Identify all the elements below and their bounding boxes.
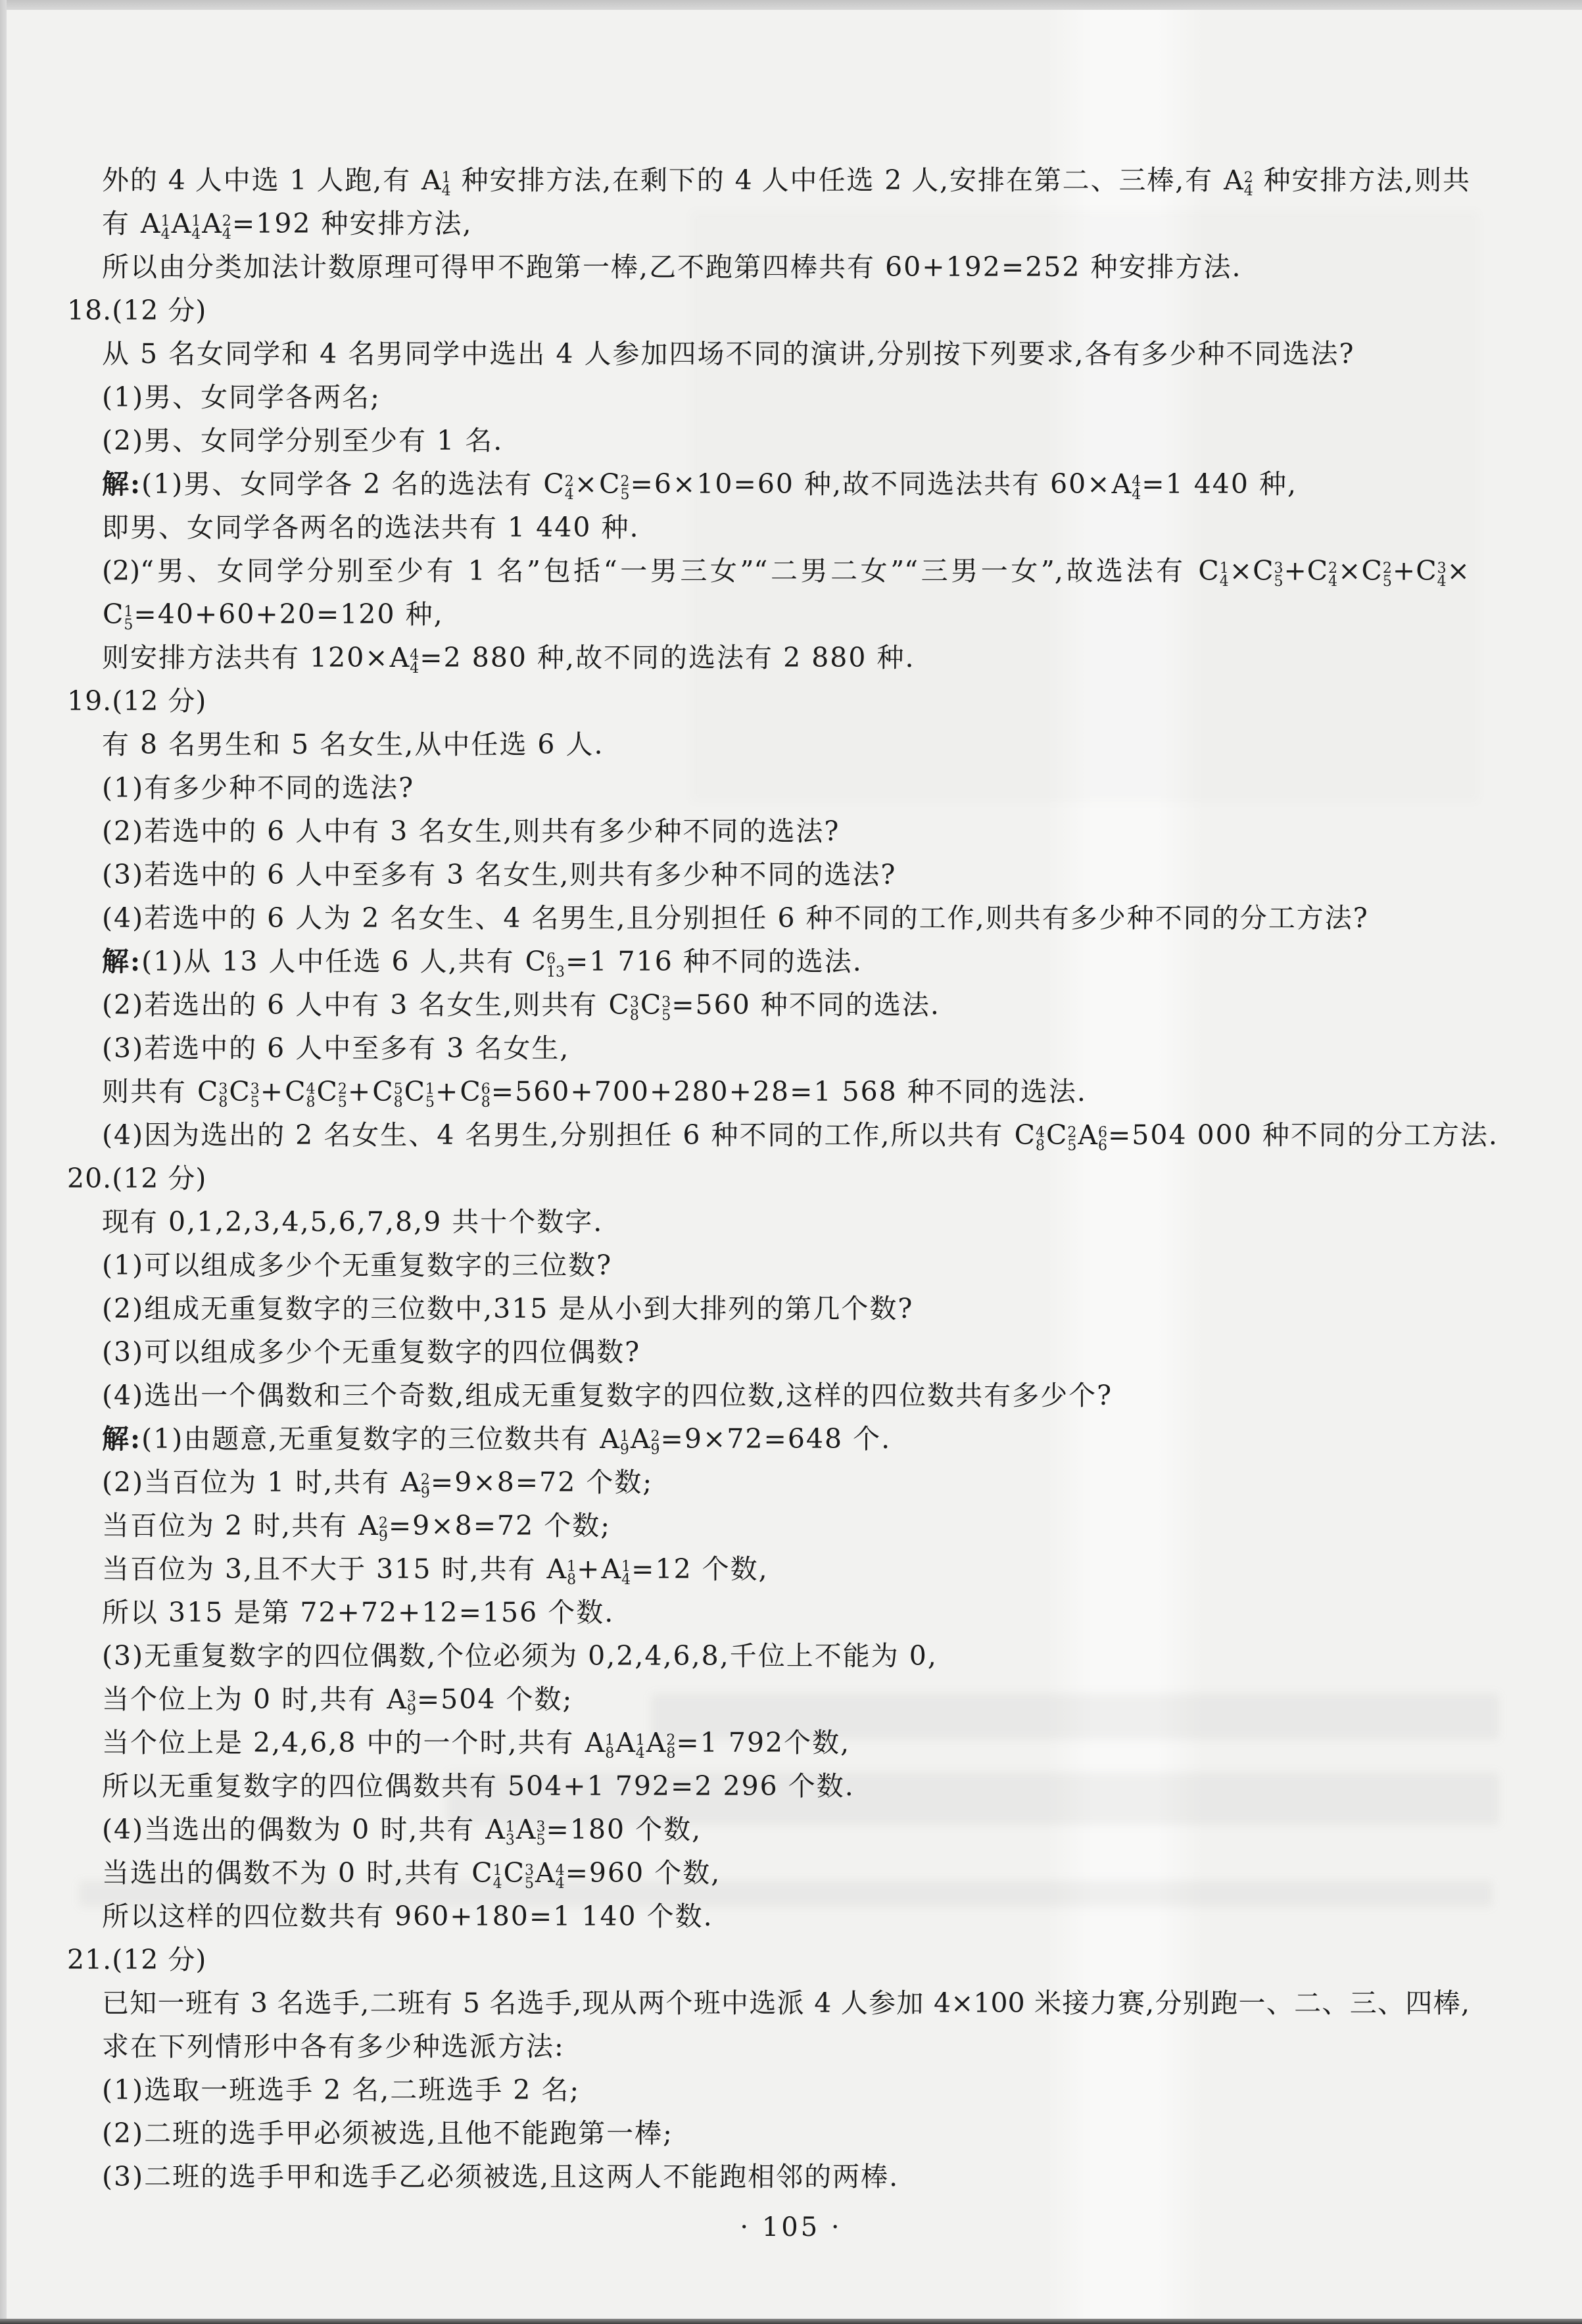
permutation-term: A14	[141, 202, 170, 245]
subquestion-line: (2)二班的选手甲必须被选,且他不能跑第一棒;	[102, 2112, 1470, 2155]
math-symbol: C	[640, 989, 661, 1021]
math-symbol: C	[317, 1076, 337, 1107]
math-symbol: A	[202, 208, 222, 239]
permutation-term: A24	[202, 202, 231, 245]
combination-term: C35	[1253, 549, 1283, 593]
text-run: (2)二班的选手甲必须被选,且他不能跑第一棒;	[102, 2118, 673, 2149]
math-subscript: 4	[161, 228, 170, 241]
math-subscript: 8	[666, 1747, 675, 1760]
math-subscript: 4	[1437, 575, 1447, 589]
permutation-term: A14	[615, 1721, 645, 1764]
text-run: =560 种不同的选法.	[671, 989, 940, 1021]
math-scripts: 39	[407, 1691, 416, 1717]
text-run: (2)当百位为 1 时,共有	[102, 1466, 400, 1498]
text-run: 所以这样的四位数共有 960+180=1 140 个数.	[102, 1900, 713, 1932]
math-scripts: 38	[218, 1083, 228, 1109]
subquestion-line: (4)若选中的 6 人为 2 名女生、4 名男生,且分别担任 6 种不同的工作,…	[102, 896, 1470, 940]
solution-line: 解:(1)男、女同学各 2 名的选法有 C24×C25=6×10=60 种,故不…	[102, 462, 1470, 506]
combination-term: C25	[599, 462, 629, 506]
combination-term: C48	[285, 1070, 315, 1113]
math-subscript: 4	[1132, 489, 1141, 502]
solution-line: 当百位为 3,且不大于 315 时,共有 A18+A14=12 个数,	[102, 1547, 1470, 1591]
solution-label: 解:	[102, 468, 141, 500]
permutation-term: A66	[1078, 1113, 1107, 1157]
text-run: +	[577, 1553, 600, 1585]
math-subscript: 13	[546, 966, 565, 979]
math-symbol: C	[229, 1076, 249, 1107]
text-run: (1)男、女同学各两名;	[102, 381, 381, 413]
math-symbol: C	[471, 1857, 492, 1889]
solution-line: 所以这样的四位数共有 960+180=1 140 个数.	[102, 1895, 1470, 1938]
math-subscript: 5	[338, 1096, 347, 1109]
math-subscript: 4	[191, 228, 201, 241]
question-number: 21.	[67, 1944, 112, 1975]
math-subscript: 5	[425, 1096, 435, 1109]
math-scripts: 35	[661, 996, 671, 1023]
math-subscript: 4	[1328, 575, 1337, 589]
math-subscript: 4	[442, 185, 451, 198]
math-subscript: 5	[537, 1834, 546, 1847]
math-scripts: 44	[410, 649, 419, 675]
math-subscript: 8	[605, 1747, 614, 1760]
permutation-term: A44	[1112, 462, 1141, 506]
text-run: +	[1283, 555, 1306, 587]
text-run: 外的 4 人中选 1 人跑,有	[102, 164, 421, 196]
permutation-term: A39	[387, 1678, 416, 1721]
math-subscript: 9	[407, 1704, 416, 1717]
math-scripts: 613	[546, 953, 565, 979]
solution-line: 则共有 C38C35+C48C25+C58C15+C68=560+700+280…	[102, 1070, 1470, 1113]
solution-line: 解:(1)由题意,无重复数字的三位数共有 A19A29=9×72=648 个.	[102, 1417, 1470, 1461]
permutation-term: A29	[358, 1504, 388, 1547]
text-run: =960 个数,	[565, 1857, 721, 1889]
math-symbol: A	[1112, 468, 1132, 500]
math-scripts: 14	[442, 172, 451, 198]
solution-line: (3)若选中的 6 人中至多有 3 名女生,	[102, 1027, 1470, 1070]
q17-solution-continuation-line: 有 A14A14A24=192 种安排方法,	[102, 202, 1470, 245]
text-run: (2)“男、女同学分别至少有 1 名”包括“一男三女”“二男二女”“三男一女”,…	[102, 555, 1197, 587]
scan-edge-bottom	[0, 2319, 1582, 2324]
math-symbol: C	[608, 989, 629, 1021]
subquestion-line: (1)有多少种不同的选法?	[102, 766, 1470, 810]
solution-line: C15=40+60+20=120 种,	[102, 593, 1470, 636]
text-run: 有 8 名男生和 5 名女生,从中任选 6 人.	[102, 729, 604, 760]
math-symbol: A	[600, 1423, 619, 1455]
text-run: (4)选出一个偶数和三个奇数,组成无重复数字的四位数,这样的四位数共有多少个?	[102, 1380, 1113, 1411]
math-subscript: 5	[124, 619, 133, 632]
math-scripts: 14	[191, 215, 201, 241]
text-run: =1 440 种,	[1141, 468, 1297, 500]
text-run: =2 880 种,故不同的选法有 2 880 种.	[419, 642, 915, 673]
math-subscript: 8	[1036, 1140, 1045, 1153]
math-symbol: C	[1362, 555, 1382, 587]
text-run: ×	[1230, 555, 1252, 587]
combination-term: C58	[372, 1070, 402, 1113]
text-run: =9×8=72 个数;	[389, 1510, 611, 1541]
permutation-term: A18	[585, 1721, 615, 1764]
math-scripts: 24	[1244, 172, 1253, 198]
text-run: 有	[102, 208, 140, 239]
question-stem-line: 求在下列情形中各有多少种选派方法:	[102, 2025, 1470, 2068]
math-scripts: 18	[567, 1561, 576, 1587]
question-stem-line: 已知一班有 3 名选手,二班有 5 名选手,现从两个班中选派 4 人参加 4×1…	[102, 1981, 1470, 2025]
subquestion-line: (2)若选中的 6 人中有 3 名女生,则共有多少种不同的选法?	[102, 810, 1470, 853]
math-subscript: 5	[661, 1009, 671, 1023]
combination-term: C25	[317, 1070, 347, 1113]
math-subscript: 9	[421, 1487, 430, 1500]
math-scripts: 25	[1383, 562, 1392, 589]
permutation-term: A28	[646, 1721, 676, 1764]
math-symbol: C	[372, 1076, 393, 1107]
math-symbol: A	[358, 1510, 378, 1541]
math-subscript: 5	[1383, 575, 1392, 589]
math-subscript: 8	[218, 1096, 228, 1109]
question-score: (12 分)	[112, 1163, 206, 1194]
math-symbol: A	[547, 1553, 567, 1585]
math-subscript: 5	[251, 1096, 260, 1109]
text-run: 所以 315 是第 72+72+12=156 个数.	[102, 1597, 614, 1628]
math-symbol: A	[585, 1727, 605, 1758]
solution-line: (2)若选出的 6 人中有 3 名女生,则共有 C38C35=560 种不同的选…	[102, 983, 1470, 1027]
solution-line: 当百位为 2 时,共有 A29=9×8=72 个数;	[102, 1504, 1470, 1547]
math-subscript: 3	[506, 1834, 515, 1847]
math-scripts: 66	[1098, 1126, 1107, 1153]
text-run: ×	[1447, 555, 1470, 587]
math-scripts: 68	[481, 1083, 491, 1109]
combination-term: C24	[543, 462, 573, 506]
question-header: 19.(12 分)	[67, 679, 1435, 723]
subquestion-line: (3)可以组成多少个无重复数字的四位偶数?	[102, 1330, 1470, 1374]
math-scripts: 25	[621, 475, 630, 502]
text-run: (1)男、女同学各 2 名的选法有	[141, 468, 542, 500]
text-run: (3)二班的选手甲和选手乙必须被选,且这两人不能跑相邻的两棒.	[102, 2161, 899, 2192]
solution-line: 所以 315 是第 72+72+12=156 个数.	[102, 1591, 1470, 1634]
math-symbol: C	[525, 946, 546, 977]
math-symbol: A	[172, 208, 191, 239]
combination-term: C34	[1416, 549, 1446, 593]
text-run: 当百位为 3,且不大于 315 时,共有	[102, 1553, 546, 1585]
math-subscript: 5	[621, 489, 630, 502]
text-run: (1)由题意,无重复数字的三位数共有	[141, 1423, 599, 1455]
math-subscript: 4	[222, 228, 231, 241]
text-run: (2)若选出的 6 人中有 3 名女生,则共有	[102, 989, 608, 1021]
combination-term: C25	[1362, 549, 1392, 593]
permutation-term: A35	[516, 1808, 546, 1851]
q17-solution-continuation-line: 外的 4 人中选 1 人跑,有 A14 种安排方法,在剩下的 4 人中任选 2 …	[102, 158, 1470, 202]
math-scripts: 14	[621, 1561, 631, 1587]
text-run: (3)若选中的 6 人中至多有 3 名女生,则共有多少种不同的选法?	[102, 859, 896, 890]
text-run: =1 792个数,	[676, 1727, 850, 1758]
question-stem-line: 有 8 名男生和 5 名女生,从中任选 6 人.	[102, 723, 1470, 766]
question-number: 20.	[67, 1163, 112, 1194]
question-stem-line: 现有 0,1,2,3,4,5,6,7,8,9 共十个数字.	[102, 1200, 1470, 1244]
text-run: =40+60+20=120 种,	[133, 598, 443, 630]
solution-line: 解:(1)从 13 人中任选 6 人,共有 C613=1 716 种不同的选法.	[102, 940, 1470, 983]
solution-label: 解:	[102, 946, 141, 977]
text-run: 所以无重复数字的四位偶数共有 504+1 792=2 296 个数.	[102, 1770, 855, 1802]
math-symbol: A	[390, 642, 410, 673]
math-symbol: A	[1224, 164, 1243, 196]
text-run: =6×10=60 种,故不同选法共有 60×	[631, 468, 1111, 500]
text-run: =180 个数,	[546, 1814, 702, 1845]
question-score: (12 分)	[112, 295, 206, 326]
math-symbol: A	[485, 1814, 505, 1845]
math-symbol: A	[421, 164, 441, 196]
text-run: 所以由分类加法计数原理可得甲不跑第一棒,乙不跑第四棒共有 60+192=252 …	[102, 251, 1242, 283]
question-score: (12 分)	[112, 685, 206, 717]
subquestion-line: (4)选出一个偶数和三个奇数,组成无重复数字的四位数,这样的四位数共有多少个?	[102, 1374, 1470, 1417]
math-scripts: 34	[1437, 562, 1447, 589]
question-score: (12 分)	[112, 1944, 206, 1975]
text-run: 当选出的偶数不为 0 时,共有	[102, 1857, 471, 1889]
combination-term: C35	[229, 1070, 259, 1113]
text-run: (1)从 13 人中任选 6 人,共有	[141, 946, 525, 977]
math-subscript: 5	[525, 1877, 534, 1891]
text-run: =504 000 种不同的分工方法.	[1108, 1119, 1498, 1151]
question-header: 18.(12 分)	[67, 289, 1435, 332]
math-scripts: 35	[537, 1821, 546, 1847]
math-subscript: 8	[567, 1574, 576, 1587]
math-symbol: A	[602, 1553, 621, 1585]
text-run: 现有 0,1,2,3,4,5,6,7,8,9 共十个数字.	[102, 1206, 603, 1238]
math-symbol: A	[387, 1683, 406, 1715]
combination-term: C613	[525, 940, 565, 983]
math-scripts: 35	[251, 1083, 260, 1109]
subquestion-line: (3)若选中的 6 人中至多有 3 名女生,则共有多少种不同的选法?	[102, 853, 1470, 896]
permutation-term: A29	[631, 1417, 660, 1461]
combination-term: C24	[1307, 549, 1337, 593]
page-body: 外的 4 人中选 1 人跑,有 A14 种安排方法,在剩下的 4 人中任选 2 …	[0, 158, 1582, 2197]
math-symbol: A	[516, 1814, 536, 1845]
solution-line: (2)“男、女同学分别至少有 1 名”包括“一男三女”“二男二女”“三男一女”,…	[102, 549, 1470, 593]
text-run: 当百位为 2 时,共有	[102, 1510, 358, 1541]
subquestion-line: (1)男、女同学各两名;	[102, 375, 1470, 419]
math-subscript: 6	[1098, 1140, 1107, 1153]
math-scripts: 24	[1328, 562, 1337, 589]
text-run: (2)男、女同学分别至少有 1 名.	[102, 425, 503, 456]
text-run: (1)可以组成多少个无重复数字的三位数?	[102, 1249, 612, 1281]
math-symbol: C	[504, 1857, 524, 1889]
question-number: 18.	[67, 295, 112, 326]
math-subscript: 9	[379, 1530, 388, 1543]
math-scripts: 29	[379, 1517, 388, 1543]
text-run: ×	[575, 468, 598, 500]
q17-solution-continuation-line: 所以由分类加法计数原理可得甲不跑第一棒,乙不跑第四棒共有 60+192=252 …	[102, 245, 1470, 289]
math-scripts: 24	[222, 215, 231, 241]
math-scripts: 24	[565, 475, 574, 502]
math-subscript: 5	[1274, 575, 1283, 589]
solution-line: (2)当百位为 1 时,共有 A29=9×8=72 个数;	[102, 1461, 1470, 1504]
math-scripts: 19	[620, 1430, 629, 1457]
math-symbol: C	[1307, 555, 1328, 587]
math-symbol: C	[285, 1076, 305, 1107]
text-run: (3)可以组成多少个无重复数字的四位偶数?	[102, 1336, 640, 1368]
math-subscript: 4	[621, 1574, 631, 1587]
math-scripts: 13	[506, 1821, 515, 1847]
solution-line: (3)无重复数字的四位偶数,个位必须为 0,2,4,6,8,千位上不能为 0,	[102, 1634, 1470, 1678]
text-run: (1)选取一班选手 2 名,二班选手 2 名;	[102, 2074, 580, 2106]
permutation-term: A13	[485, 1808, 515, 1851]
text-run: =560+700+280+28=1 568 种不同的选法.	[491, 1076, 1087, 1107]
math-symbol: C	[1198, 555, 1218, 587]
math-subscript: 9	[620, 1443, 629, 1457]
combination-term: C14	[471, 1851, 502, 1895]
text-run: (4)若选中的 6 人为 2 名女生、4 名男生,且分别担任 6 种不同的工作,…	[102, 902, 1369, 934]
text-run: =12 个数,	[631, 1553, 769, 1585]
math-scripts: 18	[605, 1734, 614, 1760]
question-header: 21.(12 分)	[67, 1938, 1435, 1981]
math-scripts: 29	[651, 1430, 660, 1457]
math-scripts: 15	[425, 1083, 435, 1109]
permutation-term: A44	[390, 636, 419, 679]
permutation-term: A29	[400, 1461, 430, 1504]
combination-term: C35	[504, 1851, 534, 1895]
math-symbol: C	[1046, 1119, 1067, 1151]
math-scripts: 28	[666, 1734, 675, 1760]
math-scripts: 44	[1132, 475, 1141, 502]
text-run: =9×72=648 个.	[661, 1423, 892, 1455]
math-scripts: 48	[1036, 1126, 1045, 1153]
text-run: (2)组成无重复数字的三位数中,315 是从小到大排列的第几个数?	[102, 1293, 913, 1324]
text-run: 当个位上是 2,4,6,8 中的一个时,共有	[102, 1727, 585, 1758]
math-symbol: A	[535, 1857, 555, 1889]
combination-term: C15	[404, 1070, 435, 1113]
question-number: 19.	[67, 685, 112, 717]
math-scripts: 38	[630, 996, 639, 1023]
combination-term: C48	[1015, 1113, 1045, 1157]
math-symbol: A	[646, 1727, 666, 1758]
math-subscript: 4	[556, 1877, 565, 1891]
math-subscript: 4	[493, 1877, 502, 1891]
math-scripts: 25	[1067, 1126, 1076, 1153]
math-symbol: C	[1416, 555, 1436, 587]
math-symbol: A	[1078, 1119, 1097, 1151]
text-run: 种安排方法,在剩下的 4 人中任选 2 人,安排在第二、三棒,有	[452, 164, 1223, 196]
combination-term: C15	[103, 593, 133, 636]
solution-line: 则安排方法共有 120×A44=2 880 种,故不同的选法有 2 880 种.	[102, 636, 1470, 679]
math-symbol: C	[599, 468, 619, 500]
math-subscript: 4	[410, 662, 419, 675]
text-run: 从 5 名女同学和 4 名男同学中选出 4 人参加四场不同的演讲,分别按下列要求…	[102, 338, 1355, 370]
solution-line: 当个位上是 2,4,6,8 中的一个时,共有 A18A14A28=1 792个数…	[102, 1721, 1470, 1764]
permutation-term: A14	[172, 202, 201, 245]
text-run: 则共有	[102, 1076, 197, 1107]
math-symbol: C	[103, 598, 123, 630]
math-subscript: 4	[1244, 185, 1253, 198]
math-symbol: A	[400, 1466, 420, 1498]
math-symbol: A	[631, 1423, 650, 1455]
math-scripts: 44	[556, 1864, 565, 1891]
text-run: +	[260, 1076, 284, 1107]
math-subscript: 4	[1220, 575, 1229, 589]
math-scripts: 29	[421, 1474, 430, 1500]
math-symbol: C	[543, 468, 563, 500]
math-symbol: C	[1253, 555, 1273, 587]
text-run: +	[348, 1076, 372, 1107]
math-scripts: 15	[124, 606, 133, 632]
combination-term: C68	[460, 1070, 490, 1113]
subquestion-line: (2)男、女同学分别至少有 1 名.	[102, 419, 1470, 462]
text-run: 则安排方法共有 120×	[102, 642, 389, 673]
question-stem-line: 从 5 名女同学和 4 名男同学中选出 4 人参加四场不同的演讲,分别按下列要求…	[102, 332, 1470, 375]
math-scripts: 14	[493, 1864, 502, 1891]
combination-term: C35	[640, 983, 671, 1027]
permutation-term: A14	[421, 158, 451, 202]
text-run: (3)若选中的 6 人中至多有 3 名女生,	[102, 1032, 569, 1064]
solution-line: 当选出的偶数不为 0 时,共有 C14C35A44=960 个数,	[102, 1851, 1470, 1895]
subquestion-line: (2)组成无重复数字的三位数中,315 是从小到大排列的第几个数?	[102, 1287, 1470, 1330]
math-scripts: 14	[636, 1734, 645, 1760]
text-run: (4)当选出的偶数为 0 时,共有	[102, 1814, 485, 1845]
permutation-term: A18	[547, 1547, 577, 1591]
solution-line: 所以无重复数字的四位偶数共有 504+1 792=2 296 个数.	[102, 1764, 1470, 1808]
permutation-term: A19	[600, 1417, 629, 1461]
subquestion-line: (1)可以组成多少个无重复数字的三位数?	[102, 1244, 1470, 1287]
text-run: (3)无重复数字的四位偶数,个位必须为 0,2,4,6,8,千位上不能为 0,	[102, 1640, 938, 1672]
text-run: =1 716 种不同的选法.	[565, 946, 863, 977]
math-scripts: 48	[306, 1083, 316, 1109]
text-run: 即男、女同学各两名的选法共有 1 440 种.	[102, 512, 639, 543]
math-subscript: 4	[565, 489, 574, 502]
subquestion-line: (1)选取一班选手 2 名,二班选手 2 名;	[102, 2068, 1470, 2112]
text-run: =192 种安排方法,	[232, 208, 473, 239]
solution-line: (4)因为选出的 2 名女生、4 名男生,分别担任 6 种不同的工作,所以共有 …	[102, 1113, 1470, 1157]
text-run: (2)若选中的 6 人中有 3 名女生,则共有多少种不同的选法?	[102, 815, 840, 847]
text-run: ×	[1338, 555, 1360, 587]
math-scripts: 58	[394, 1083, 403, 1109]
math-subscript: 8	[481, 1096, 491, 1109]
solution-line: 即男、女同学各两名的选法共有 1 440 种.	[102, 506, 1470, 549]
permutation-term: A24	[1224, 158, 1253, 202]
solution-line: (4)当选出的偶数为 0 时,共有 A13A35=180 个数,	[102, 1808, 1470, 1851]
combination-term: C38	[608, 983, 638, 1027]
math-scripts: 14	[161, 215, 170, 241]
text-run: (4)因为选出的 2 名女生、4 名男生,分别担任 6 种不同的工作,所以共有	[102, 1119, 1014, 1151]
math-symbol: C	[197, 1076, 218, 1107]
math-symbol: C	[460, 1076, 480, 1107]
math-subscript: 8	[306, 1096, 316, 1109]
text-run: +	[435, 1076, 459, 1107]
math-symbol: A	[615, 1727, 635, 1758]
text-run: 种安排方法,则共	[1254, 164, 1470, 196]
combination-term: C38	[197, 1070, 228, 1113]
text-run: =504 个数;	[417, 1683, 573, 1715]
math-scripts: 35	[525, 1864, 534, 1891]
question-header: 20.(12 分)	[67, 1157, 1435, 1200]
subquestion-line: (3)二班的选手甲和选手乙必须被选,且这两人不能跑相邻的两棒.	[102, 2155, 1470, 2198]
math-subscript: 8	[630, 1009, 639, 1023]
text-run: +	[1393, 555, 1415, 587]
math-subscript: 4	[636, 1747, 645, 1760]
permutation-term: A14	[602, 1547, 631, 1591]
text-run: 求在下列情形中各有多少种选派方法:	[102, 2031, 565, 2062]
math-symbol: C	[1015, 1119, 1035, 1151]
math-subscript: 8	[394, 1096, 403, 1109]
math-subscript: 9	[651, 1443, 660, 1457]
scan-edge-top	[0, 0, 1582, 10]
math-scripts: 35	[1274, 562, 1283, 589]
page-number: · 105 ·	[0, 2206, 1582, 2249]
math-scripts: 14	[1220, 562, 1229, 589]
math-subscript: 5	[1067, 1140, 1076, 1153]
combination-term: C14	[1198, 549, 1228, 593]
math-symbol: C	[404, 1076, 425, 1107]
text-run: (1)有多少种不同的选法?	[102, 772, 414, 804]
math-scripts: 25	[338, 1083, 347, 1109]
solution-line: 当个位上为 0 时,共有 A39=504 个数;	[102, 1678, 1470, 1721]
math-symbol: A	[141, 208, 160, 239]
combination-term: C25	[1046, 1113, 1076, 1157]
